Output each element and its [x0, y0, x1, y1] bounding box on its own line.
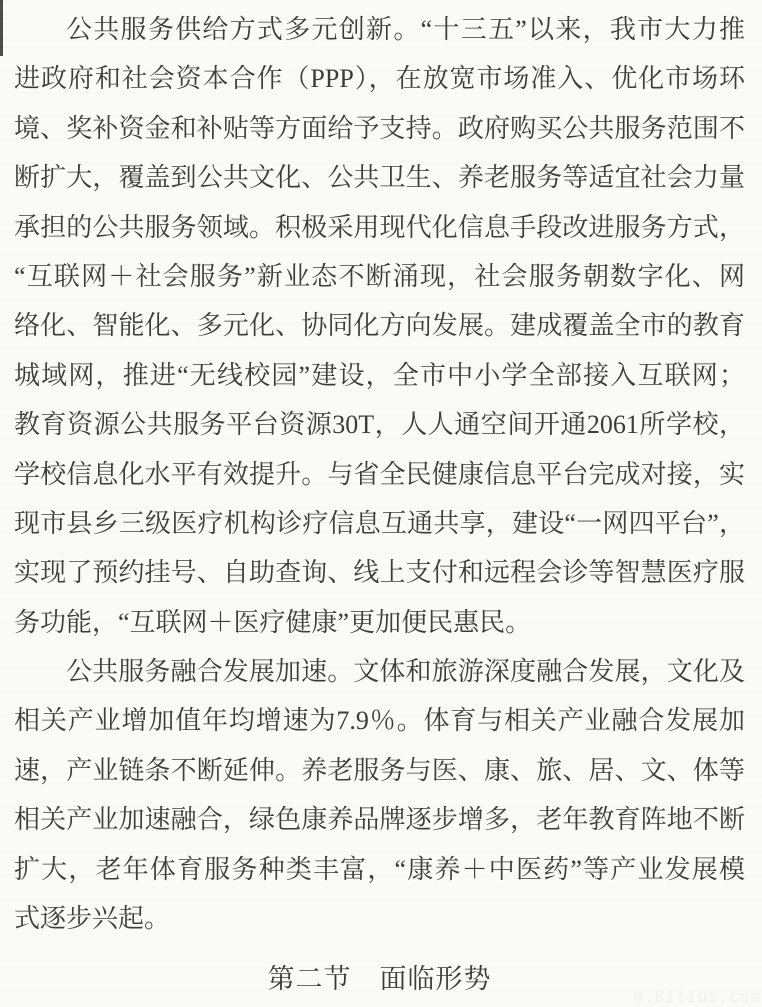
text-line: 现市县乡三级医疗机构诊疗信息互通共享，建设“一网四平台”， — [14, 499, 745, 548]
text-line: 实现了预约挂号、自助查询、线上支付和远程会诊等智慧医疗服 — [14, 548, 745, 597]
watermark: m.8itius.com — [633, 987, 761, 1006]
text-line: 络化、智能化、多元化、协同化方向发展。建成覆盖全市的教育 — [14, 301, 745, 350]
paragraph: 公共服务融合发展加速。文体和旅游深度融合发展，文化及相关产业增加值年均增速为7.… — [14, 647, 745, 943]
paragraph: 公共服务供给方式多元创新。“十三五”以来，我市大力推进政府和社会资本合作（PPP… — [14, 5, 745, 647]
text-line: 断扩大，覆盖到公共文化、公共卫生、养老服务等适宜社会力量 — [14, 153, 745, 202]
document-page: 公共服务供给方式多元创新。“十三五”以来，我市大力推进政府和社会资本合作（PPP… — [0, 0, 762, 1004]
text-line: 教育资源公共服务平台资源30T，人人通空间开通2061所学校， — [14, 400, 745, 449]
text-line: 式逐步兴起。 — [14, 894, 745, 943]
text-line: 务功能，“互联网＋医疗健康”更加便民惠民。 — [14, 598, 745, 647]
text-line: 承担的公共服务领域。积极采用现代化信息手段改进服务方式， — [14, 203, 745, 252]
text-line: 学校信息化水平有效提升。与省全民健康信息平台完成对接，实 — [14, 450, 745, 499]
text-line: 进政府和社会资本合作（PPP），在放宽市场准入、优化市场环 — [14, 54, 745, 103]
text-line: 城域网，推进“无线校园”建设，全市中小学全部接入互联网； — [14, 351, 745, 400]
text-line: 相关产业加速融合，绿色康养品牌逐步增多，老年教育阵地不断 — [14, 795, 745, 844]
text-line: 扩大，老年体育服务种类丰富，“康养＋中医药”等产业发展模 — [14, 845, 745, 894]
text-line: 境、奖补资金和补贴等方面给予支持。政府购买公共服务范围不 — [14, 104, 745, 153]
text-line: 速，产业链条不断延伸。养老服务与医、康、旅、居、文、体等 — [14, 746, 745, 795]
paragraphs-container: 公共服务供给方式多元创新。“十三五”以来，我市大力推进政府和社会资本合作（PPP… — [14, 5, 745, 943]
text-line: 公共服务融合发展加速。文体和旅游深度融合发展，文化及 — [14, 647, 745, 696]
text-line: 公共服务供给方式多元创新。“十三五”以来，我市大力推 — [14, 5, 745, 54]
text-line: 相关产业增加值年均增速为7.9％。体育与相关产业融合发展加 — [14, 696, 745, 745]
text-line: “互联网＋社会服务”新业态不断涌现，社会服务朝数字化、网 — [14, 252, 745, 301]
